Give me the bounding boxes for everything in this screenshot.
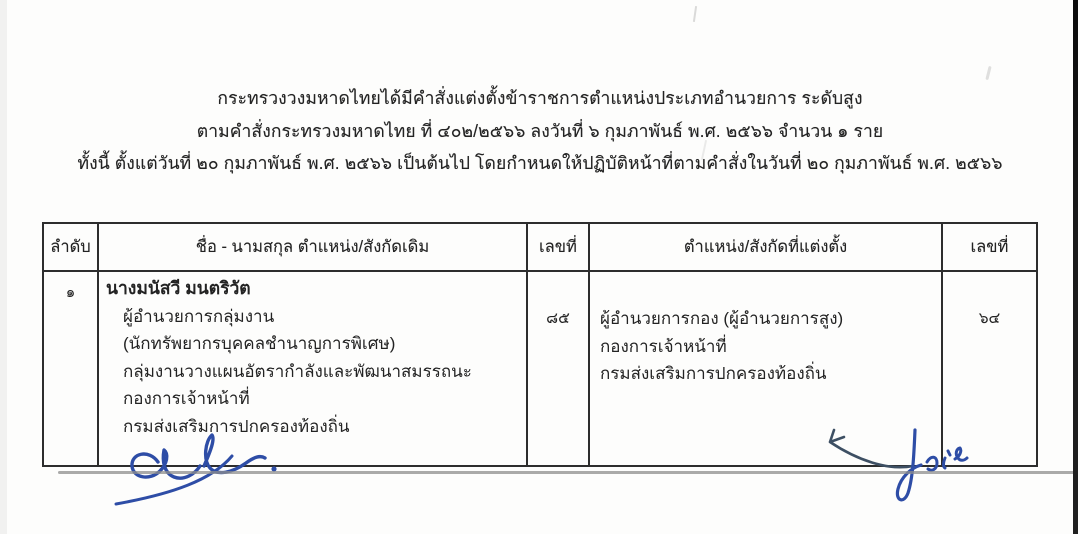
table-bottom-scan-shadow: [58, 471, 1076, 474]
appointment-table: ลำดับ ชื่อ - นามสกุล ตำแหน่ง/สังกัดเดิม …: [42, 222, 1038, 467]
header-order: ลำดับ: [44, 224, 99, 270]
former-position-line: กองการเจ้าหน้าที่: [123, 385, 520, 413]
header-line-2: ตามคำสั่งกระทรวงมหาดไทย ที่ ๔๐๒/๒๕๖๖ ลงว…: [40, 115, 1040, 148]
header-new-position-number: เลขที่: [943, 224, 1036, 270]
scan-left-strip: [0, 0, 7, 534]
cell-name-former-position: นางมนัสวี มนตริวัต ผู้อำนวยการกลุ่มงาน (…: [99, 272, 528, 465]
person-name: นางมนัสวี มนตริวัต: [106, 275, 520, 303]
scan-edge-bar: [1073, 0, 1078, 534]
scanned-document-page: { "doc": { "header_lines": [ "กระทรวงวงม…: [0, 0, 1080, 534]
new-position-line: ผู้อำนวยการกอง (ผู้อำนวยการสูง): [600, 305, 935, 333]
cell-former-position-number: ๘๕: [528, 272, 590, 465]
new-position-line: กองการเจ้าหน้าที่: [600, 333, 935, 361]
former-position-line: กรมส่งเสริมการปกครองท้องถิ่น: [123, 413, 520, 441]
header-former-position-number: เลขที่: [528, 224, 590, 270]
cell-new-position-number: ๖๔: [943, 272, 1036, 465]
scan-speck: [693, 6, 697, 22]
cell-new-position: ผู้อำนวยการกอง (ผู้อำนวยการสูง) กองการเจ…: [590, 272, 943, 465]
table-row: ๑ นางมนัสวี มนตริวัต ผู้อำนวยการกลุ่มงาน…: [44, 272, 1036, 465]
header-new-position: ตำแหน่ง/สังกัดที่แต่งตั้ง: [590, 224, 943, 270]
header-line-3: ทั้งนี้ ตั้งแต่วันที่ ๒๐ กุมภาพันธ์ พ.ศ.…: [40, 147, 1040, 180]
former-position-line: กลุ่มงานวางแผนอัตรากำลังและพัฒนาสมรรถนะ: [123, 358, 520, 386]
header-name-former-position: ชื่อ - นามสกุล ตำแหน่ง/สังกัดเดิม: [99, 224, 528, 270]
scan-speck: [985, 66, 991, 80]
new-position-line: กรมส่งเสริมการปกครองท้องถิ่น: [600, 360, 935, 388]
table-header-row: ลำดับ ชื่อ - นามสกุล ตำแหน่ง/สังกัดเดิม …: [44, 224, 1036, 272]
document-header: กระทรวงวงมหาดไทยได้มีคำสั่งแต่งตั้งข้ารา…: [40, 82, 1040, 180]
cell-order: ๑: [44, 272, 99, 465]
header-line-1: กระทรวงวงมหาดไทยได้มีคำสั่งแต่งตั้งข้ารา…: [40, 82, 1040, 115]
former-position-line: (นักทรัพยากรบุคคลชำนาญการพิเศษ): [123, 330, 520, 358]
former-position-line: ผู้อำนวยการกลุ่มงาน: [123, 303, 520, 331]
